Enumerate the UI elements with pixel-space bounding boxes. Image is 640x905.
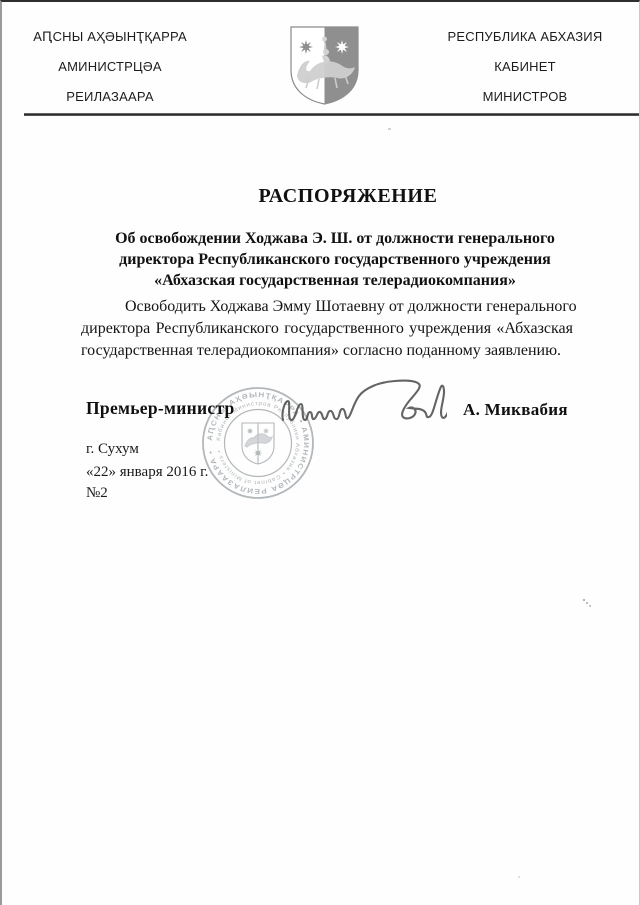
footer-city: г. Сухум [86,441,139,458]
body-line: директора Республиканского государственн… [81,318,573,340]
footer-number: №2 [86,485,108,502]
document-subject: Об освобождении Ходжава Э. Ш. от должнос… [81,228,573,291]
scanned-decree-page: АԤСНЫ АҲӘЫНҬҚАРРА АМИНИСТРЦӘА РЕИЛАЗААРА… [0,0,640,905]
letterhead-divider [24,113,639,116]
letterhead-abkhaz-line: АМИНИСТРЦӘА [28,52,192,82]
body-line: Освободить Ходжава Эмму Шотаевну от долж… [81,296,573,318]
letterhead-russian-line: КАБИНЕТ [443,52,607,82]
letterhead-russian: РЕСПУБЛИКА АБХАЗИЯ КАБИНЕТ МИНИСТРОВ [443,22,607,112]
subject-line: «Абхазская государственная телерадиокомп… [81,270,573,291]
signature-name: А. Миквабия [463,400,568,420]
letterhead-russian-line: РЕСПУБЛИКА АБХАЗИЯ [443,22,607,52]
letterhead-abkhaz-line: РЕИЛАЗААРА [28,82,192,112]
subject-line: Об освобождении Ходжава Э. Ш. от должнос… [81,228,573,249]
letterhead-abkhaz: АԤСНЫ АҲӘЫНҬҚАРРА АМИНИСТРЦӘА РЕИЛАЗААРА [28,22,192,112]
letterhead-russian-line: МИНИСТРОВ [443,82,607,112]
scan-speck [518,876,520,878]
document-title: РАСПОРЯЖЕНИЕ [81,185,573,208]
signature-scrawl [257,374,447,432]
body-line: государственная телерадиокомпания» согла… [81,340,573,362]
signature-role: Премьер-министр [86,398,235,419]
subject-line: директора Республиканского государственн… [81,249,573,270]
abkhazia-coat-of-arms-icon [289,26,360,106]
document-body: Освободить Ходжава Эмму Шотаевну от долж… [81,296,573,362]
scan-speck [583,599,585,601]
letterhead-abkhaz-line: АԤСНЫ АҲӘЫНҬҚАРРА [28,22,192,52]
scan-speck [388,128,391,130]
footer-date: «22» января 2016 г. [86,464,208,481]
